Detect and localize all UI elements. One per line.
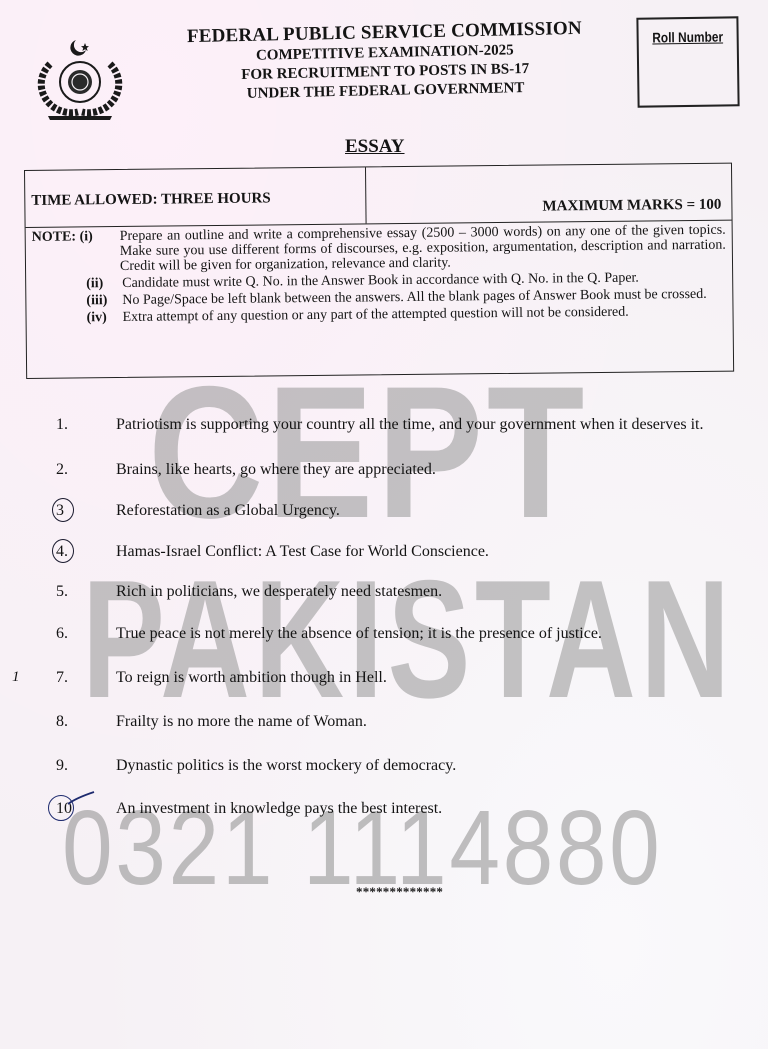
instructions-box: TIME ALLOWED: THREE HOURS MAXIMUM MARKS … bbox=[24, 163, 734, 379]
question-text: Hamas-Israel Conflict: A Test Case for W… bbox=[116, 543, 716, 560]
note-label: (iii) bbox=[86, 293, 122, 308]
pen-circle-mark bbox=[52, 498, 74, 522]
question-text: Reforestation as a Global Urgency. bbox=[116, 502, 716, 519]
question-text: To reign is worth ambition though in Hel… bbox=[116, 669, 716, 686]
note-item: NOTE: (i) Prepare an outline and write a… bbox=[32, 223, 726, 275]
question-item: 1. Patriotism is supporting your country… bbox=[56, 416, 716, 433]
question-text: Frailty is no more the name of Woman. bbox=[116, 713, 716, 730]
question-item: 3 Reforestation as a Global Urgency. bbox=[56, 502, 716, 519]
subject-title: ESSAY bbox=[345, 136, 405, 158]
question-number-circled: 3 bbox=[56, 502, 116, 519]
maximum-marks: MAXIMUM MARKS = 100 bbox=[542, 197, 721, 216]
roll-number-box: Roll Number bbox=[636, 16, 739, 107]
end-of-paper-marker: ************* bbox=[356, 884, 443, 900]
question-item: 6. True peace is not merely the absence … bbox=[56, 625, 716, 642]
question-text: Brains, like hearts, go where they are a… bbox=[116, 461, 716, 478]
time-marks-row: TIME ALLOWED: THREE HOURS MAXIMUM MARKS … bbox=[25, 164, 732, 228]
tick-mark-icon bbox=[66, 790, 96, 808]
exam-header: FEDERAL PUBLIC SERVICE COMMISSION COMPET… bbox=[179, 18, 591, 106]
question-number-circled: 4. bbox=[56, 543, 116, 560]
margin-pen-mark: 1 bbox=[12, 669, 20, 686]
question-number: 6. bbox=[56, 625, 116, 642]
question-paper: FEDERAL PUBLIC SERVICE COMMISSION COMPET… bbox=[0, 0, 768, 1049]
question-item: 10 An investment in knowledge pays the b… bbox=[56, 800, 716, 817]
note-text: Prepare an outline and write a comprehen… bbox=[120, 223, 726, 274]
question-item: 1 7. To reign is worth ambition though i… bbox=[56, 669, 716, 686]
question-number: 8. bbox=[56, 713, 116, 730]
question-text: True peace is not merely the absence of … bbox=[116, 625, 716, 642]
question-text: Dynastic politics is the worst mockery o… bbox=[116, 757, 716, 774]
roll-number-label: Roll Number bbox=[646, 28, 730, 45]
pen-circle-mark bbox=[52, 539, 74, 563]
question-text: Rich in politicians, we desperately need… bbox=[116, 583, 716, 600]
question-item: 8. Frailty is no more the name of Woman. bbox=[56, 713, 716, 730]
note-label: NOTE: (i) bbox=[32, 229, 120, 275]
question-item: 9. Dynastic politics is the worst mocker… bbox=[56, 757, 716, 774]
question-number: 5. bbox=[56, 583, 116, 600]
question-item: 2. Brains, like hearts, go where they ar… bbox=[56, 461, 716, 478]
question-number: 7. bbox=[56, 669, 116, 686]
question-number: 1. bbox=[56, 416, 116, 433]
question-text: An investment in knowledge pays the best… bbox=[116, 800, 716, 817]
column-divider bbox=[365, 167, 367, 223]
question-item: 5. Rich in politicians, we desperately n… bbox=[56, 583, 716, 600]
note-label: (ii) bbox=[86, 276, 122, 291]
question-text: Patriotism is supporting your country al… bbox=[116, 416, 716, 433]
time-allowed: TIME ALLOWED: THREE HOURS bbox=[31, 190, 271, 210]
question-number-circled: 10 bbox=[56, 800, 116, 817]
note-label: (iv) bbox=[86, 310, 122, 325]
question-list: 1. Patriotism is supporting your country… bbox=[56, 416, 716, 817]
question-number: 2. bbox=[56, 461, 116, 478]
fpsc-emblem-icon bbox=[30, 36, 130, 122]
notes-list: NOTE: (i) Prepare an outline and write a… bbox=[26, 221, 733, 326]
question-item: 4. Hamas-Israel Conflict: A Test Case fo… bbox=[56, 543, 716, 560]
question-number: 9. bbox=[56, 757, 116, 774]
